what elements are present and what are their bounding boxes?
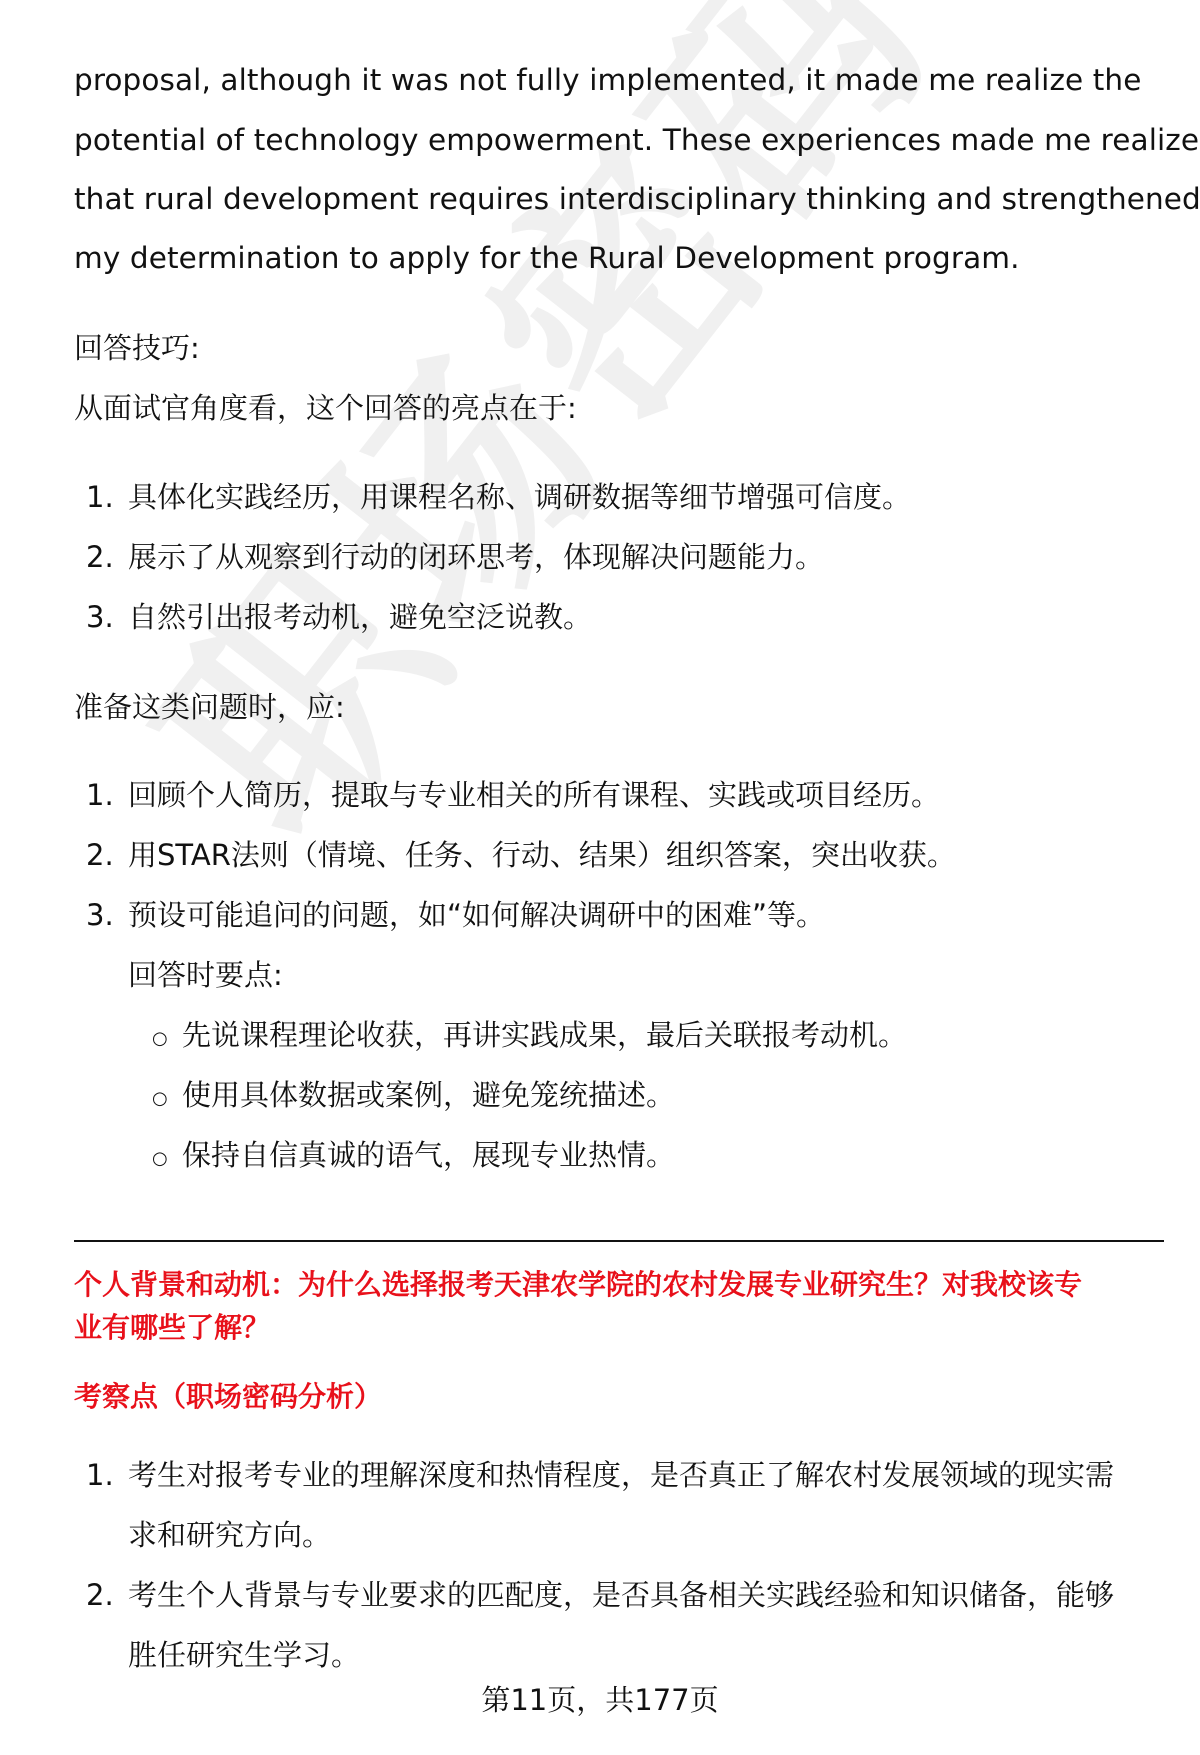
question-title-line: 个人背景和动机：为什么选择报考天津农学院的农村发展专业研究生？对我校该专 <box>74 1265 1082 1305</box>
list-text-continuation: 胜任研究生学习。 <box>128 1635 360 1675</box>
analysis-title: 考察点（职场密码分析） <box>74 1377 382 1417</box>
bullet-text: 使用具体数据或案例，避免笼统描述。 <box>182 1075 675 1115</box>
list-text: 考生对报考专业的理解深度和热情程度，是否真正了解农村发展领域的现实需 <box>128 1455 1114 1495</box>
paragraph-line: potential of technology empowerment. The… <box>74 120 1199 160</box>
list-text: 具体化实践经历，用课程名称、调研数据等细节增强可信度。 <box>128 477 911 517</box>
bullet-text: 保持自信真诚的语气，展现专业热情。 <box>182 1135 675 1175</box>
list-item: 2. 用STAR法则（情境、任务、行动、结果）组织答案，突出收获。 <box>74 835 1164 875</box>
list-text: 回顾个人简历，提取与专业相关的所有课程、实践或项目经历。 <box>128 775 940 815</box>
bullet-text: 先说课程理论收获，再讲实践成果，最后关联报考动机。 <box>182 1015 907 1055</box>
list-text-continuation: 求和研究方向。 <box>128 1515 331 1555</box>
list-item: 3. 自然引出报考动机，避免空泛说教。 <box>74 597 1164 637</box>
circle-bullet-icon: ○ <box>152 1139 168 1179</box>
paragraph-line: my determination to apply for the Rural … <box>74 238 1020 278</box>
tips-intro: 从面试官角度看，这个回答的亮点在于: <box>74 388 577 428</box>
list-item: 1. 考生对报考专业的理解深度和热情程度，是否真正了解农村发展领域的现实需 <box>74 1455 1164 1495</box>
list-item: 2. 展示了从观察到行动的闭环思考，体现解决问题能力。 <box>74 537 1164 577</box>
prepare-title: 准备这类问题时，应: <box>74 687 345 727</box>
list-number: 3. <box>86 895 114 935</box>
paragraph-line: proposal, although it was not fully impl… <box>74 60 1141 100</box>
list-text: 展示了从观察到行动的闭环思考，体现解决问题能力。 <box>128 537 824 577</box>
list-item: 3. 预设可能追问的问题，如“如何解决调研中的困难”等。 <box>74 895 1164 935</box>
points-title: 回答时要点: <box>128 955 283 995</box>
question-title-line: 业有哪些了解？ <box>74 1308 270 1348</box>
section-divider <box>74 1240 1164 1242</box>
list-item: 1. 回顾个人简历，提取与专业相关的所有课程、实践或项目经历。 <box>74 775 1164 815</box>
list-number: 2. <box>86 537 114 577</box>
list-number: 2. <box>86 1575 114 1615</box>
list-item: 2. 考生个人背景与专业要求的匹配度，是否具备相关实践经验和知识储备，能够 <box>74 1575 1164 1615</box>
bullet-item: ○ 使用具体数据或案例，避免笼统描述。 <box>74 1075 1164 1115</box>
list-number: 1. <box>86 1455 114 1495</box>
list-text: 自然引出报考动机，避免空泛说教。 <box>128 597 592 637</box>
circle-bullet-icon: ○ <box>152 1079 168 1119</box>
list-number: 3. <box>86 597 114 637</box>
bullet-item: ○ 保持自信真诚的语气，展现专业热情。 <box>74 1135 1164 1175</box>
page-number: 第11页，共177页 <box>0 1680 1200 1720</box>
circle-bullet-icon: ○ <box>152 1019 168 1059</box>
paragraph-line: that rural development requires interdis… <box>74 179 1200 219</box>
list-number: 1. <box>86 775 114 815</box>
list-number: 1. <box>86 477 114 517</box>
tips-title: 回答技巧: <box>74 328 200 368</box>
list-text: 预设可能追问的问题，如“如何解决调研中的困难”等。 <box>128 895 825 935</box>
list-text: 用STAR法则（情境、任务、行动、结果）组织答案，突出收获。 <box>128 835 956 875</box>
list-item: 1. 具体化实践经历，用课程名称、调研数据等细节增强可信度。 <box>74 477 1164 517</box>
bullet-item: ○ 先说课程理论收获，再讲实践成果，最后关联报考动机。 <box>74 1015 1164 1055</box>
list-text: 考生个人背景与专业要求的匹配度，是否具备相关实践经验和知识储备，能够 <box>128 1575 1114 1615</box>
list-number: 2. <box>86 835 114 875</box>
